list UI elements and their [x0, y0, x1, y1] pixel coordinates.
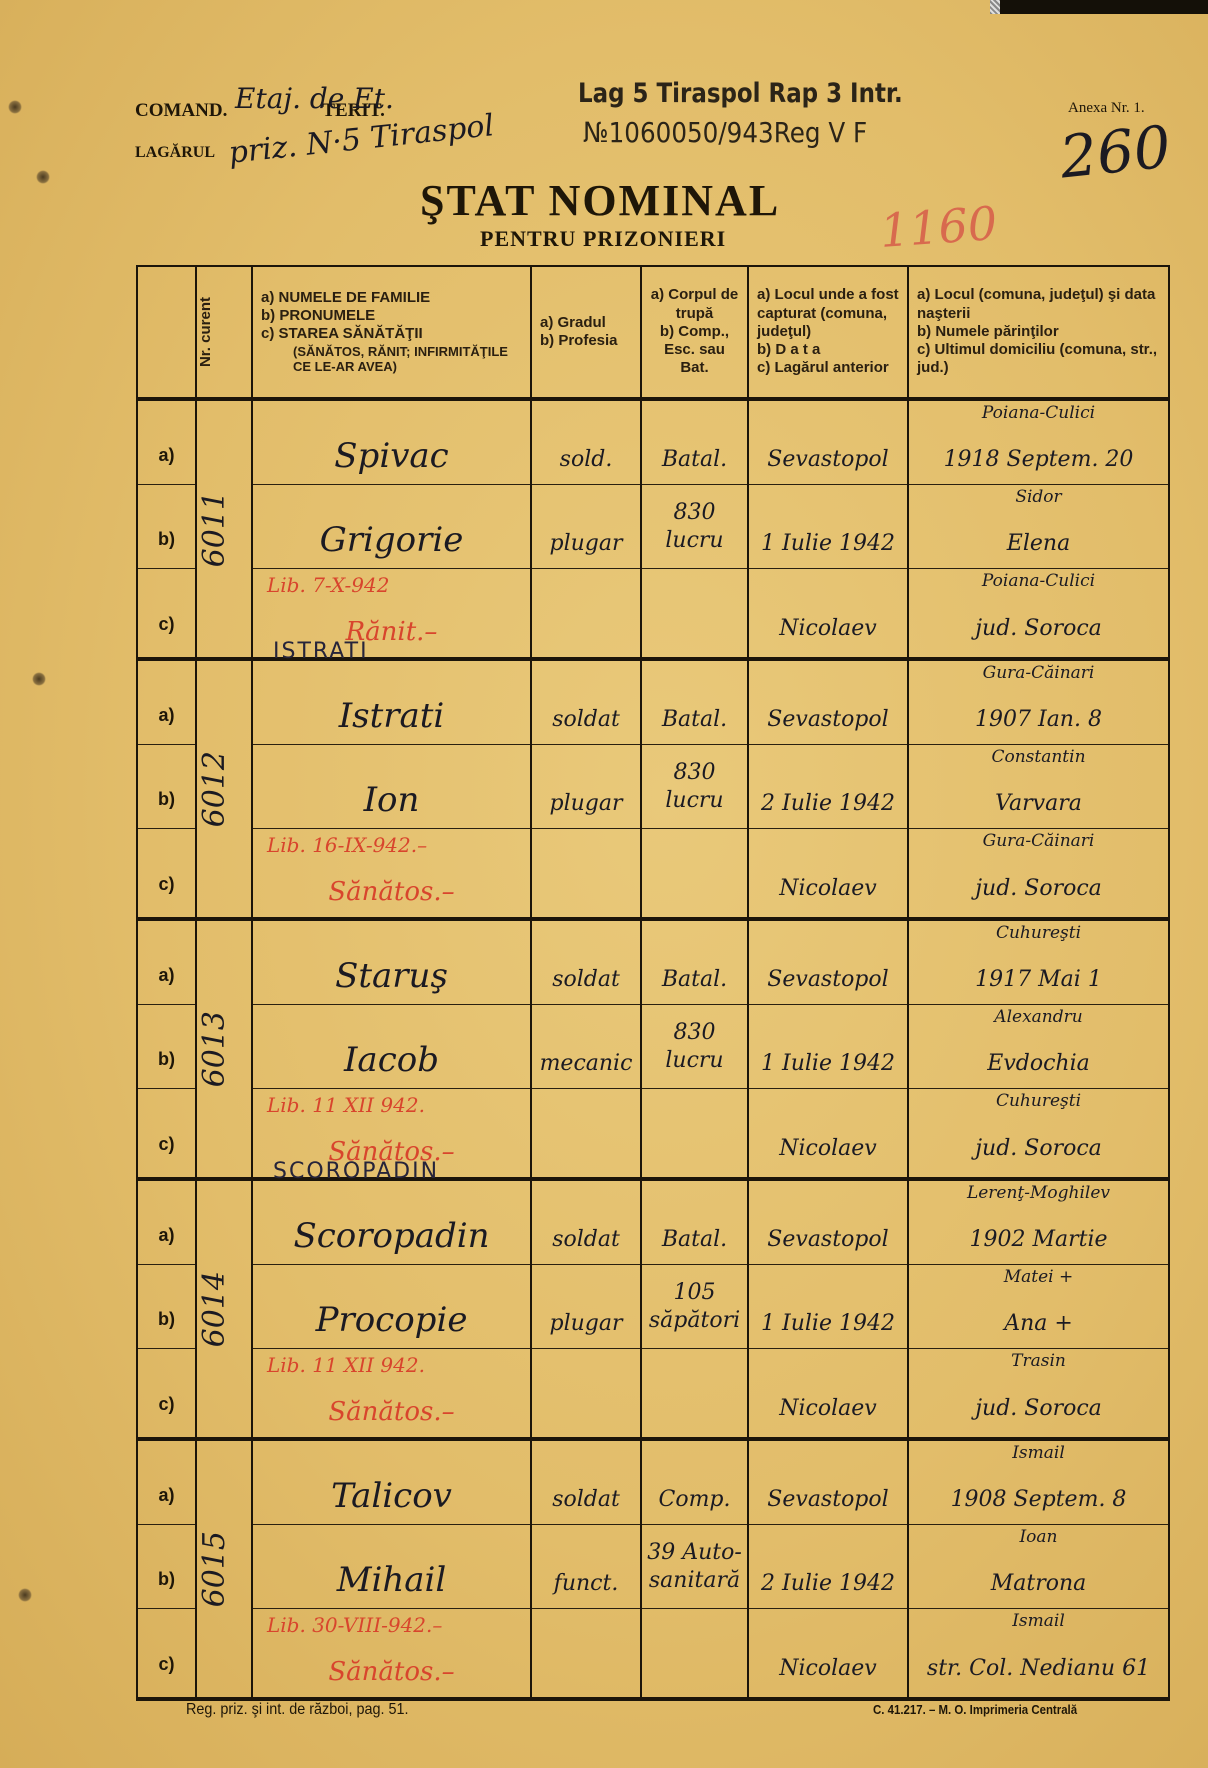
nr-curent: 6011 — [197, 491, 251, 567]
row-letters: a) b) c) — [137, 659, 196, 919]
document-subtitle: PENTRU PRIZONIERI — [480, 226, 726, 252]
mother-name: Ana + — [909, 1311, 1168, 1336]
profession: funct. — [532, 1571, 640, 1596]
unit-cell: Batal. 830 lucru — [641, 659, 748, 919]
unit-cell: Comp. 39 Auto-sanitară — [641, 1439, 748, 1699]
header-rank: a) Gradulb) Profesia — [531, 266, 641, 399]
capture-place: Sevastopol — [749, 447, 907, 472]
binding-hole — [8, 100, 22, 114]
unit-company: 830 lucru — [642, 1019, 747, 1076]
birth-date: 1918 Septem. 20 — [909, 447, 1168, 472]
unit-corps: Batal. — [642, 447, 747, 472]
name-cell: ISTRATIIstrati Ion Lib. 16-IX-942.–Sănăt… — [252, 659, 531, 919]
letter-b: b) — [138, 745, 195, 829]
surname: Istrati — [253, 696, 530, 736]
domicile-county: str. Col. Nedianu 61 — [909, 1656, 1168, 1681]
mother-name: Elena — [909, 531, 1168, 556]
letter-b: b) — [138, 1525, 195, 1609]
surname-typed: ISTRATI — [273, 639, 530, 664]
previous-camp: Nicolaev — [749, 1656, 907, 1681]
unit-cell: Batal. 830 lucru — [641, 399, 748, 659]
unit-company: 39 Auto-sanitară — [642, 1539, 747, 1596]
capture-date: 2 Iulie 1942 — [749, 1571, 907, 1596]
letter-c: c) — [138, 1089, 195, 1173]
lagarul-label: LAGĂRUL — [135, 144, 215, 162]
first-name: Procopie — [253, 1300, 530, 1340]
letter-a: a) — [138, 401, 195, 485]
first-name: Mihail — [253, 1560, 530, 1600]
nr-curent-cell: 6014 — [196, 1179, 252, 1439]
unit-company: 830 lucru — [642, 499, 747, 556]
name-cell: SCOROPADINScoropadin Procopie Lib. 11 XI… — [252, 1179, 531, 1439]
nr-curent-cell: 6012 — [196, 659, 252, 919]
birth-place: Poiana-Culici — [909, 403, 1168, 423]
footer-printer: C. 41.217. – M. O. Imprimeria Centrală — [873, 1702, 1077, 1717]
capture-place: Sevastopol — [749, 967, 907, 992]
domicile-county: jud. Soroca — [909, 1396, 1168, 1421]
birth-date: 1907 Ian. 8 — [909, 707, 1168, 732]
rank: soldat — [532, 1227, 640, 1252]
row-letters: a) b) c) — [137, 399, 196, 659]
prisoner-table: Nr. curent a) NUMELE DE FAMILIEb) PRONUM… — [136, 265, 1170, 1701]
birth-place: Lerenţ-Moghilev — [909, 1183, 1168, 1203]
surname-typed: SCOROPADIN — [273, 1159, 530, 1184]
nr-curent: 6015 — [197, 1531, 251, 1607]
header-nr-curent: Nr. curent — [196, 266, 252, 399]
release-note: Lib. 16-IX-942.– — [267, 833, 530, 857]
profession: plugar — [532, 531, 640, 556]
previous-camp: Nicolaev — [749, 1396, 907, 1421]
unit-corps: Batal. — [642, 967, 747, 992]
health-status: Sănătos.– — [253, 1397, 530, 1427]
row-letters: a) b) c) — [137, 919, 196, 1179]
registration-stamp-line2: №1060050/943Reg V F — [583, 116, 867, 149]
domicile-county: jud. Soroca — [909, 1136, 1168, 1161]
birth-date: 1908 Septem. 8 — [909, 1487, 1168, 1512]
release-note: Lib. 7-X-942 — [267, 573, 530, 597]
rank: soldat — [532, 1487, 640, 1512]
binding-hole — [32, 672, 46, 686]
surname: Talicov — [253, 1476, 530, 1516]
previous-camp: Nicolaev — [749, 616, 907, 641]
scan-edge — [1000, 0, 1208, 14]
header-capture: a) Locul unde a fost capturat (comuna, j… — [748, 266, 908, 399]
unit-corps: Comp. — [642, 1487, 747, 1512]
birth-place: Cuhureşti — [909, 923, 1168, 943]
rank-cell: soldat mecanic — [531, 919, 641, 1179]
capture-cell: Sevastopol 2 Iulie 1942 Nicolaev — [748, 659, 908, 919]
mother-name: Matrona — [909, 1571, 1168, 1596]
capture-date: 2 Iulie 1942 — [749, 791, 907, 816]
name-cell: Talicov Mihail Lib. 30-VIII-942.–Sănătos… — [252, 1439, 531, 1699]
letter-c: c) — [138, 569, 195, 653]
birth-place: Ismail — [909, 1443, 1168, 1463]
table-row: a) b) c) 6011 Spivac Grigorie Lib. 7-X-9… — [137, 399, 1169, 659]
health-status: Sănătos.– — [253, 877, 530, 907]
surname: Staruş — [253, 956, 530, 996]
comand-handwritten: Etaj. de Et. — [235, 82, 394, 115]
table-row: a) b) c) 6012 ISTRATIIstrati Ion Lib. 16… — [137, 659, 1169, 919]
origin-cell: Ismail1908 Septem. 8 IoanMatrona Ismails… — [908, 1439, 1169, 1699]
registration-stamp-line1: Lag 5 Tiraspol Rap 3 Intr. — [578, 78, 903, 109]
origin-cell: Gura-Căinari1907 Ian. 8 ConstantinVarvar… — [908, 659, 1169, 919]
capture-date: 1 Iulie 1942 — [749, 531, 907, 556]
father-name: Alexandru — [909, 1007, 1168, 1027]
release-note: Lib. 11 XII 942. — [267, 1353, 530, 1377]
origin-cell: Cuhureşti1917 Mai 1 AlexandruEvdochia Cu… — [908, 919, 1169, 1179]
previous-camp: Nicolaev — [749, 1136, 907, 1161]
rank: sold. — [532, 447, 640, 472]
father-name: Ioan — [909, 1527, 1168, 1547]
first-name: Iacob — [253, 1040, 530, 1080]
previous-camp: Nicolaev — [749, 876, 907, 901]
letter-a: a) — [138, 1181, 195, 1265]
rank-cell: soldat plugar — [531, 659, 641, 919]
origin-cell: Poiana-Culici1918 Septem. 20 SidorElena … — [908, 399, 1169, 659]
folio-number: 260 — [1057, 112, 1174, 191]
name-cell: Staruş Iacob Lib. 11 XII 942.Sănătos.– — [252, 919, 531, 1179]
row-letters: a) b) c) — [137, 1439, 196, 1699]
health-status: Sănătos.– — [253, 1657, 530, 1687]
capture-cell: Sevastopol 2 Iulie 1942 Nicolaev — [748, 1439, 908, 1699]
footer-regulation-ref: Reg. priz. şi int. de război, pag. 51. — [186, 1701, 409, 1719]
capture-place: Sevastopol — [749, 1227, 907, 1252]
father-name: Sidor — [909, 487, 1168, 507]
rank: soldat — [532, 967, 640, 992]
profession: plugar — [532, 791, 640, 816]
domicile-village: Cuhureşti — [909, 1091, 1168, 1111]
letter-c: c) — [138, 1609, 195, 1693]
row-letters: a) b) c) — [137, 1179, 196, 1439]
unit-company: 830 lucru — [642, 759, 747, 816]
nr-curent-cell: 6011 — [196, 399, 252, 659]
unit-cell: Batal. 105 săpători — [641, 1179, 748, 1439]
rank-cell: soldat funct. — [531, 1439, 641, 1699]
birth-date: 1902 Martie — [909, 1227, 1168, 1252]
profession: mecanic — [532, 1051, 640, 1076]
binding-hole — [36, 170, 50, 184]
table-header-row: Nr. curent a) NUMELE DE FAMILIEb) PRONUM… — [137, 266, 1169, 399]
nr-curent-cell: 6013 — [196, 919, 252, 1179]
nr-curent: 6014 — [197, 1271, 251, 1347]
rank: soldat — [532, 707, 640, 732]
unit-cell: Batal. 830 lucru — [641, 919, 748, 1179]
document-title: ŞTAT NOMINAL — [420, 175, 780, 226]
birth-place: Gura-Căinari — [909, 663, 1168, 683]
letter-c: c) — [138, 829, 195, 913]
nr-curent: 6013 — [197, 1011, 251, 1087]
header-name: a) NUMELE DE FAMILIEb) PRONUMELEc) STARE… — [252, 266, 531, 399]
unit-corps: Batal. — [642, 707, 747, 732]
nr-curent: 6012 — [197, 751, 251, 827]
header-origin: a) Locul (comuna, judeţul) şi data naşte… — [908, 266, 1169, 399]
release-note: Lib. 30-VIII-942.– — [267, 1613, 530, 1637]
letter-b: b) — [138, 1265, 195, 1349]
letter-c: c) — [138, 1349, 195, 1433]
first-name: Ion — [253, 780, 530, 820]
first-name: Grigorie — [253, 520, 530, 560]
header-letter-col — [137, 266, 196, 399]
domicile-county: jud. Soroca — [909, 616, 1168, 641]
red-handwritten-number: 1160 — [878, 196, 999, 258]
unit-company: 105 săpători — [642, 1279, 747, 1336]
capture-cell: Sevastopol 1 Iulie 1942 Nicolaev — [748, 1179, 908, 1439]
rank-cell: soldat plugar — [531, 1179, 641, 1439]
rank-cell: sold. plugar — [531, 399, 641, 659]
profession: plugar — [532, 1311, 640, 1336]
name-cell: Spivac Grigorie Lib. 7-X-942Rănit.– — [252, 399, 531, 659]
surname: Scoropadin — [253, 1216, 530, 1256]
capture-cell: Sevastopol 1 Iulie 1942 Nicolaev — [748, 399, 908, 659]
domicile-village: Trasin — [909, 1351, 1168, 1371]
domicile-village: Gura-Căinari — [909, 831, 1168, 851]
capture-date: 1 Iulie 1942 — [749, 1051, 907, 1076]
domicile-village: Poiana-Culici — [909, 571, 1168, 591]
unit-corps: Batal. — [642, 1227, 747, 1252]
origin-cell: Lerenţ-Moghilev1902 Martie Matei +Ana + … — [908, 1179, 1169, 1439]
birth-date: 1917 Mai 1 — [909, 967, 1168, 992]
binding-hole — [18, 1588, 32, 1602]
annex-label: Anexa Nr. 1. — [1068, 100, 1145, 117]
domicile-village: Ismail — [909, 1611, 1168, 1631]
nr-curent-cell: 6015 — [196, 1439, 252, 1699]
header-unit: a) Corpul de trupăb) Comp., Esc. sau Bat… — [641, 266, 748, 399]
capture-cell: Sevastopol 1 Iulie 1942 Nicolaev — [748, 919, 908, 1179]
capture-place: Sevastopol — [749, 1487, 907, 1512]
table-row: a) b) c) 6013 Staruş Iacob Lib. 11 XII 9… — [137, 919, 1169, 1179]
mother-name: Varvara — [909, 791, 1168, 816]
table-row: a) b) c) 6015 Talicov Mihail Lib. 30-VII… — [137, 1439, 1169, 1699]
domicile-county: jud. Soroca — [909, 876, 1168, 901]
letter-a: a) — [138, 1441, 195, 1525]
father-name: Matei + — [909, 1267, 1168, 1287]
release-note: Lib. 11 XII 942. — [267, 1093, 530, 1117]
letter-b: b) — [138, 1005, 195, 1089]
letter-a: a) — [138, 661, 195, 745]
surname: Spivac — [253, 436, 530, 476]
letter-b: b) — [138, 485, 195, 569]
mother-name: Evdochia — [909, 1051, 1168, 1076]
table-row: a) b) c) 6014 SCOROPADINScoropadin Proco… — [137, 1179, 1169, 1439]
father-name: Constantin — [909, 747, 1168, 767]
capture-date: 1 Iulie 1942 — [749, 1311, 907, 1336]
letter-a: a) — [138, 921, 195, 1005]
capture-place: Sevastopol — [749, 707, 907, 732]
